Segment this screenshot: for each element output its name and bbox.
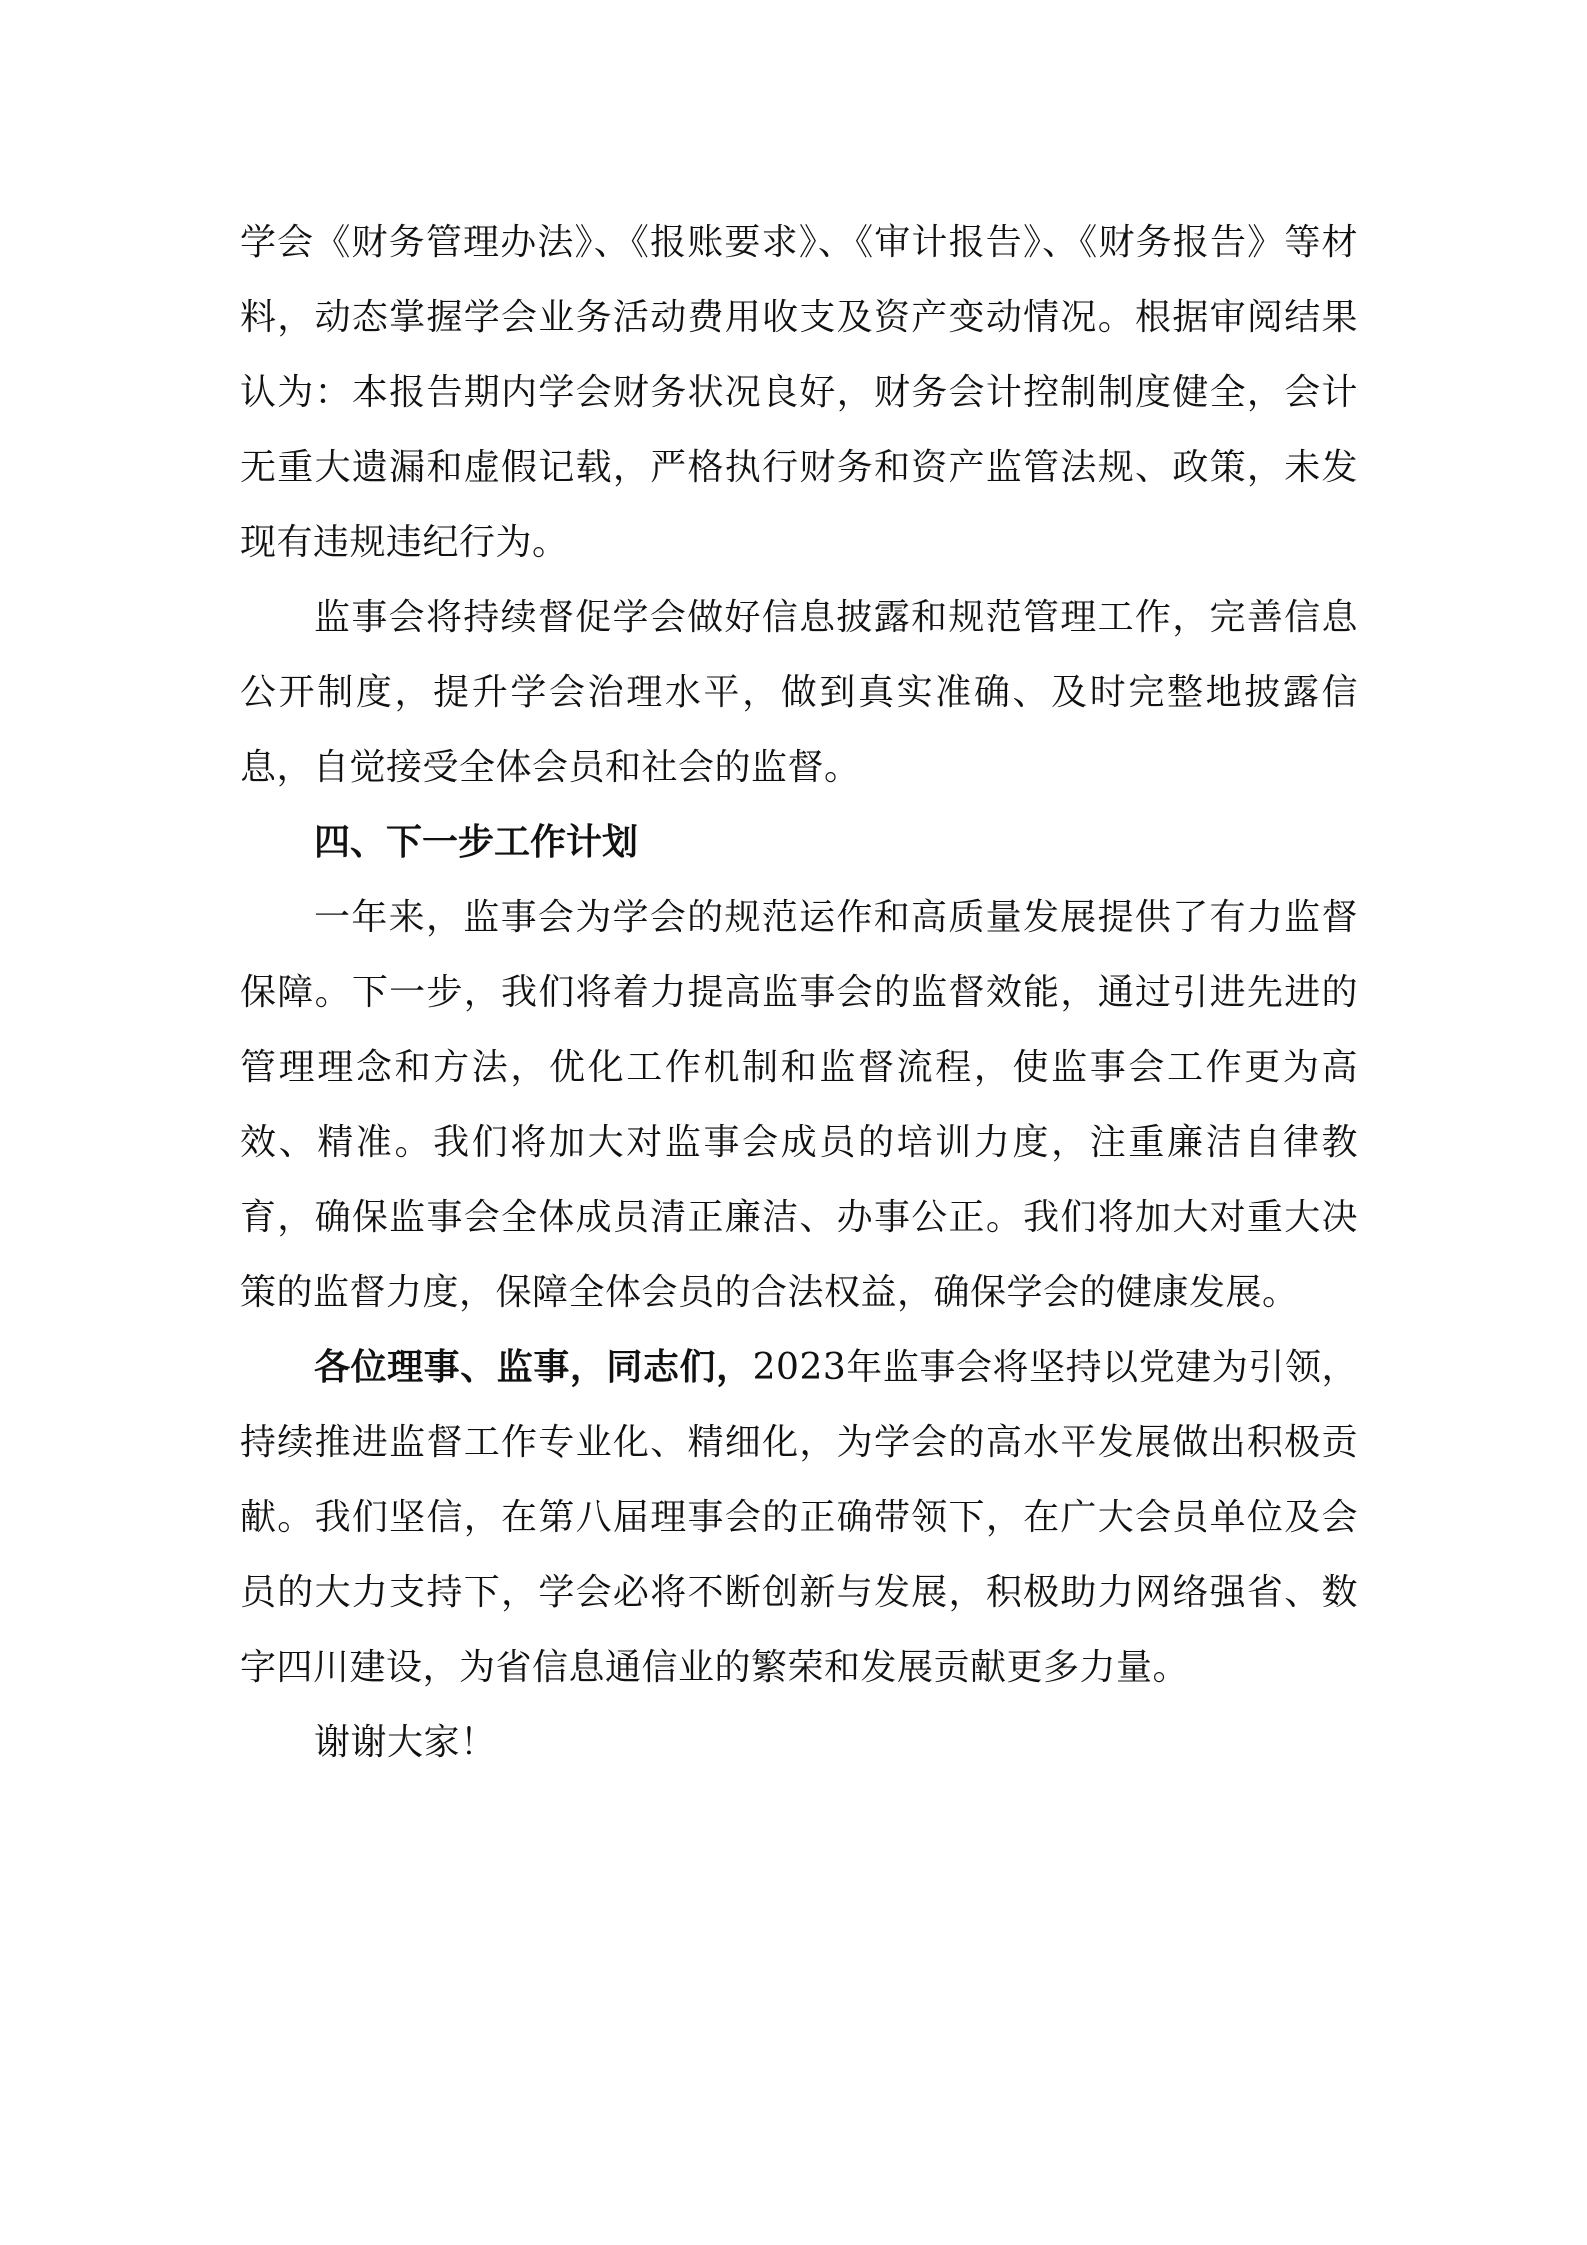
document-page: 学会《财务管理办法》、《报账要求》、《审计报告》、《财务报告》等材料，动态掌握学… [240,205,1358,1780]
paragraph-closing: 各位理事、监事，同志们，2023年监事会将坚持以党建为引领，持续推进监督工作专业… [240,1330,1358,1705]
closing-text: 2023年监事会将坚持以党建为引领，持续推进监督工作专业化、精细化，为学会的高水… [240,1347,1358,1688]
closing-salutation: 各位理事、监事，同志们， [314,1346,753,1388]
paragraph-financial-review: 学会《财务管理办法》、《报账要求》、《审计报告》、《财务报告》等材料，动态掌握学… [240,205,1358,580]
section-heading-next-steps: 四、下一步工作计划 [240,805,1358,880]
paragraph-disclosure-supervision: 监事会将持续督促学会做好信息披露和规范管理工作，完善信息公开制度，提升学会治理水… [240,580,1358,805]
paragraph-thanks: 谢谢大家！ [240,1705,1358,1780]
paragraph-work-plan: 一年来，监事会为学会的规范运作和高质量发展提供了有力监督保障。下一步，我们将着力… [240,880,1358,1330]
